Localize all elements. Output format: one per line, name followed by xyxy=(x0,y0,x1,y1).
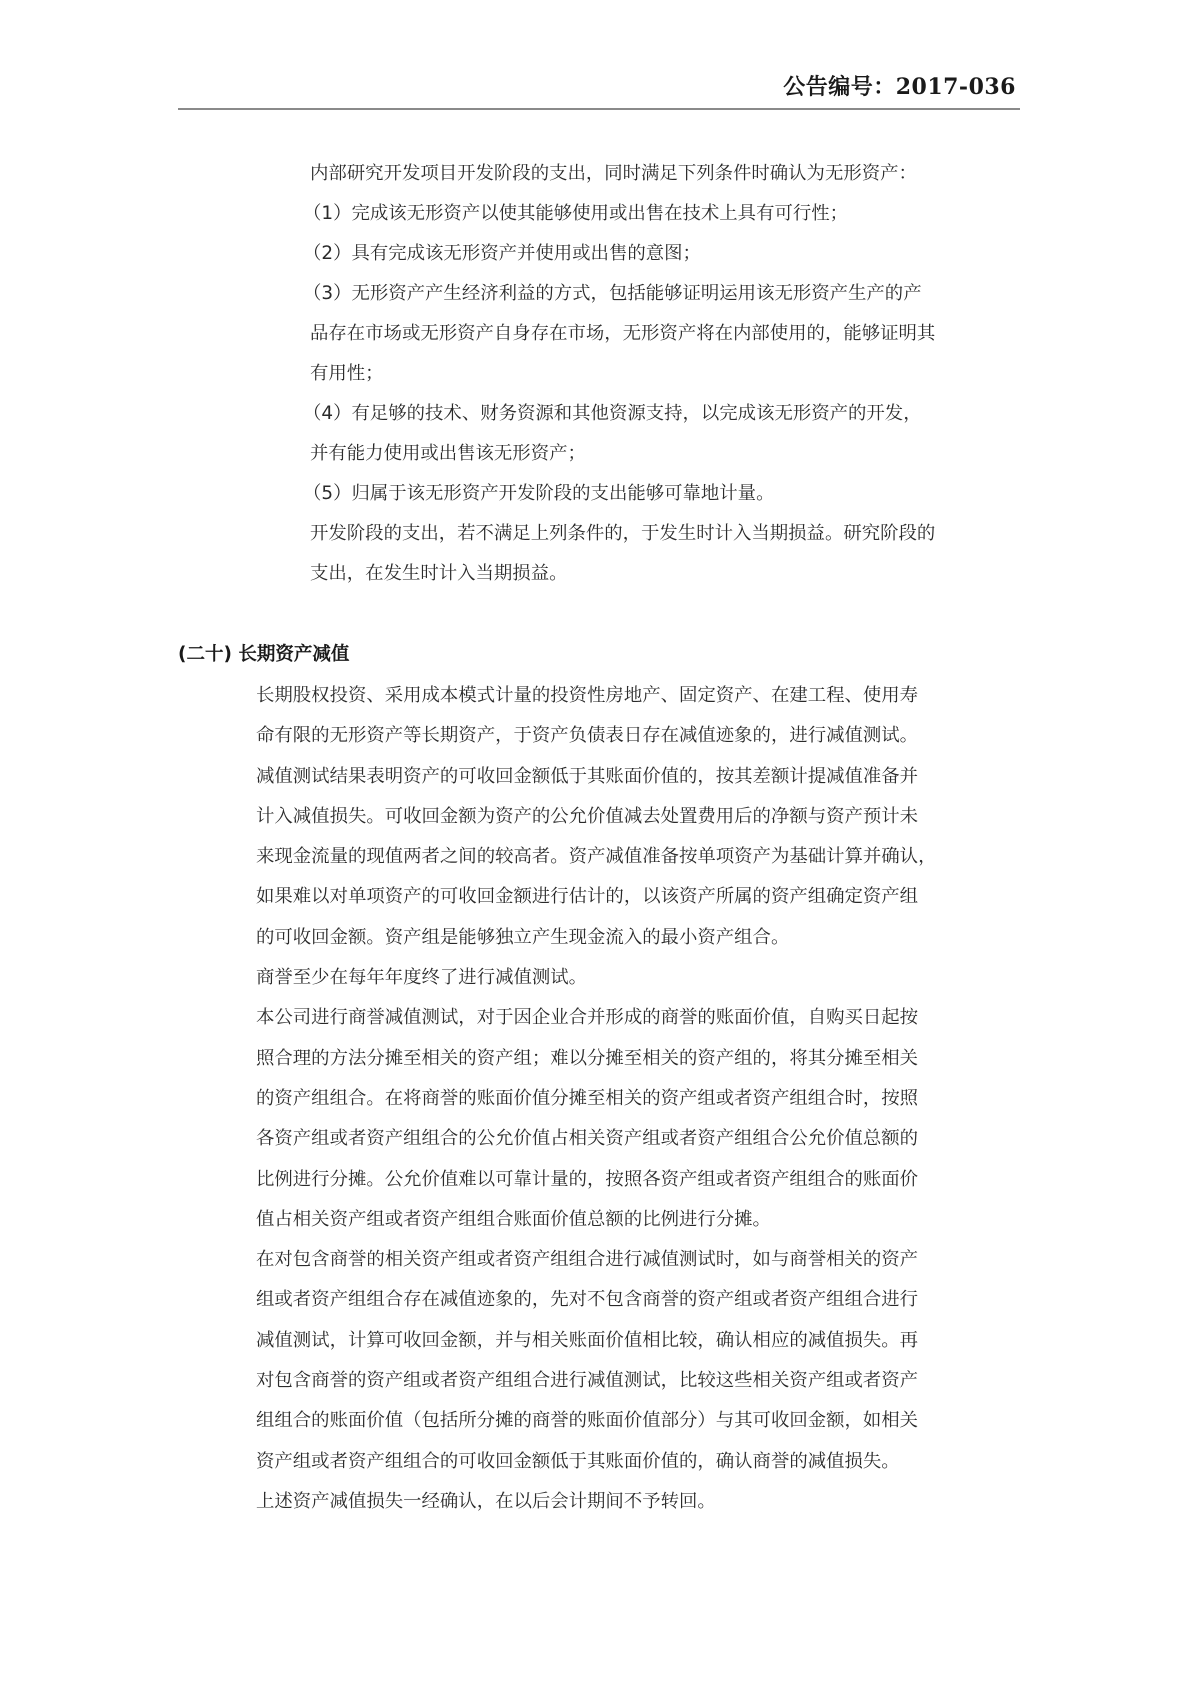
page-header: 公告编号：2017-036 xyxy=(178,70,1020,110)
paragraph-line: 的资产组组合。在将商誉的账面价值分摊至相关的资产组或者资产组组合时，按照 xyxy=(256,1079,1022,1119)
announcement-number: 公告编号：2017-036 xyxy=(783,70,1016,101)
paragraph-line: 减值测试结果表明资产的可收回金额低于其账面价值的，按其差额计提减值准备并 xyxy=(256,757,1022,797)
paragraph-line: 并有能力使用或出售该无形资产； xyxy=(310,434,1022,474)
paragraph-line: 资产组或者资产组组合的可收回金额低于其账面价值的，确认商誉的减值损失。 xyxy=(256,1442,1022,1482)
paragraph-line: 的可收回金额。资产组是能够独立产生现金流入的最小资产组合。 xyxy=(256,918,1022,958)
paragraph-line: 开发阶段的支出，若不满足上列条件的，于发生时计入当期损益。研究阶段的 xyxy=(310,514,1022,554)
paragraph-line: 计入减值损失。可收回金额为资产的公允价值减去处置费用后的净额与资产预计未 xyxy=(256,797,1022,837)
paragraph-line: 本公司进行商誉减值测试，对于因企业合并形成的商誉的账面价值，自购买日起按 xyxy=(256,998,1022,1038)
paragraph-line: 组或者资产组组合存在减值迹象的，先对不包含商誉的资产组或者资产组组合进行 xyxy=(256,1280,1022,1320)
section-heading: (二十) 长期资产减值 xyxy=(178,640,349,666)
condition-item-2: （2）具有完成该无形资产并使用或出售的意图； xyxy=(310,234,1022,274)
paragraph-line: 比例进行分摊。公允价值难以可靠计量的，按照各资产组或者资产组组合的账面价 xyxy=(256,1160,1022,1200)
paragraph-line: 值占相关资产组或者资产组组合账面价值总额的比例进行分摊。 xyxy=(256,1200,1022,1240)
paragraph-line: 组组合的账面价值（包括所分摊的商誉的账面价值部分）与其可收回金额，如相关 xyxy=(256,1401,1022,1441)
paragraph-line: 各资产组或者资产组组合的公允价值占相关资产组或者资产组组合公允价值总额的 xyxy=(256,1119,1022,1159)
development-stage-paragraphs: 内部研究开发项目开发阶段的支出，同时满足下列条件时确认为无形资产： （1）完成该… xyxy=(310,154,1022,594)
paragraph-line: 长期股权投资、采用成本模式计量的投资性房地产、固定资产、在建工程、使用寿 xyxy=(256,676,1022,716)
paragraph-line: 商誉至少在每年年度终了进行减值测试。 xyxy=(256,958,1022,998)
paragraph-line: 减值测试，计算可收回金额，并与相关账面价值相比较，确认相应的减值损失。再 xyxy=(256,1321,1022,1361)
paragraph-line: 支出，在发生时计入当期损益。 xyxy=(310,554,1022,594)
paragraph-line: 内部研究开发项目开发阶段的支出，同时满足下列条件时确认为无形资产： xyxy=(310,154,1022,194)
paragraph-line: 有用性； xyxy=(310,354,1022,394)
paragraph-line: 在对包含商誉的相关资产组或者资产组组合进行减值测试时，如与商誉相关的资产 xyxy=(256,1240,1022,1280)
paragraph-line: 照合理的方法分摊至相关的资产组；难以分摊至相关的资产组的，将其分摊至相关 xyxy=(256,1039,1022,1079)
paragraph-line: 如果难以对单项资产的可收回金额进行估计的，以该资产所属的资产组确定资产组 xyxy=(256,877,1022,917)
paragraph-line: 上述资产减值损失一经确认，在以后会计期间不予转回。 xyxy=(256,1482,1022,1522)
impairment-paragraphs: 长期股权投资、采用成本模式计量的投资性房地产、固定资产、在建工程、使用寿 命有限… xyxy=(256,676,1022,1522)
paragraph-line: 来现金流量的现值两者之间的较高者。资产减值准备按单项资产为基础计算并确认， xyxy=(256,837,1022,877)
condition-item-4: （4）有足够的技术、财务资源和其他资源支持，以完成该无形资产的开发， xyxy=(310,394,1022,434)
condition-item-3: （3）无形资产产生经济利益的方式，包括能够证明运用该无形资产生产的产 xyxy=(310,274,1022,314)
paragraph-line: 对包含商誉的资产组或者资产组组合进行减值测试，比较这些相关资产组或者资产 xyxy=(256,1361,1022,1401)
condition-item-5: （5）归属于该无形资产开发阶段的支出能够可靠地计量。 xyxy=(310,474,1022,514)
condition-item-1: （1）完成该无形资产以使其能够使用或出售在技术上具有可行性； xyxy=(310,194,1022,234)
paragraph-line: 命有限的无形资产等长期资产，于资产负债表日存在减值迹象的，进行减值测试。 xyxy=(256,716,1022,756)
paragraph-line: 品存在市场或无形资产自身存在市场，无形资产将在内部使用的，能够证明其 xyxy=(310,314,1022,354)
